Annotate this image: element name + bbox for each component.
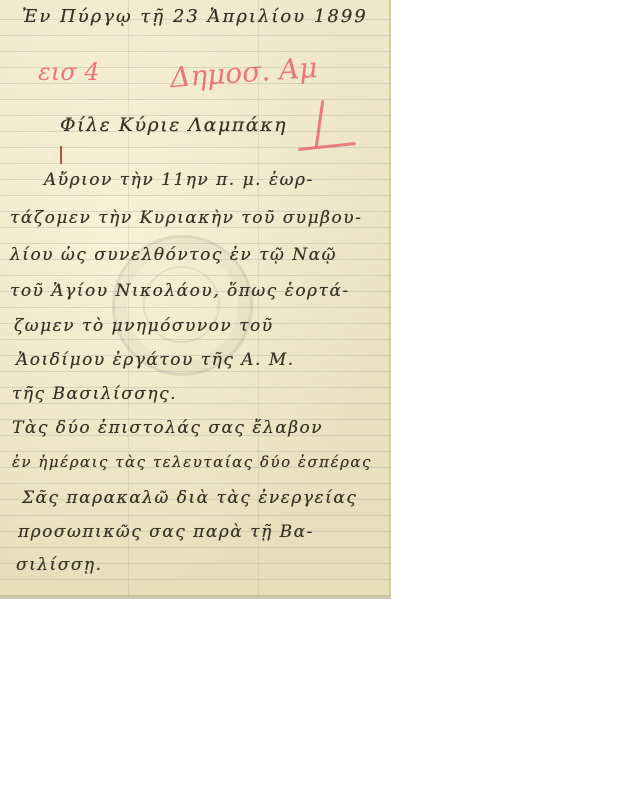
- body-line: Αὔριον τὴν 11ην π. μ. ἑωρ-: [44, 170, 314, 190]
- body-line: λίου ὡς συνελθόντος ἐν τῷ Ναῷ: [10, 245, 337, 265]
- body-line: Τὰς δύο ἐπιστολάς σας ἔλαβον: [12, 418, 323, 438]
- body-line: Σᾶς παρακαλῶ διὰ τὰς ἐνεργείας: [22, 488, 357, 508]
- red-annotation-left: εισ 4: [38, 58, 100, 86]
- body-line: Ἀοιδίμου ἐργάτου τῆς Α. Μ.: [16, 350, 295, 370]
- salutation: Φίλε Κύριε Λαμπάκη: [60, 114, 287, 136]
- body-line: προσωπικῶς σας παρὰ τῇ Βα-: [18, 522, 314, 542]
- body-line: τοῦ Ἁγίου Νικολάου, ὅπως ἑορτά-: [10, 281, 350, 301]
- body-line: τῆς Βασιλίσσης.: [12, 384, 177, 404]
- letter-page: Ἐν Πύργῳ τῇ 23 Ἀπριλίου 1899 εισ 4 Δημοσ…: [0, 0, 391, 597]
- body-line: σιλίσσῃ.: [16, 555, 103, 575]
- body-line: τάζομεν τὴν Κυριακὴν τοῦ συμβου-: [10, 208, 362, 228]
- body-line: ζωμεν τὸ μνημόσυνον τοῦ: [14, 316, 274, 336]
- dateline: Ἐν Πύργῳ τῇ 23 Ἀπριλίου 1899: [22, 6, 368, 27]
- body-line: ἐν ἡμέραις τὰς τελευταίας δύο ἑσπέρας: [12, 453, 372, 471]
- margin-mark: [60, 146, 62, 164]
